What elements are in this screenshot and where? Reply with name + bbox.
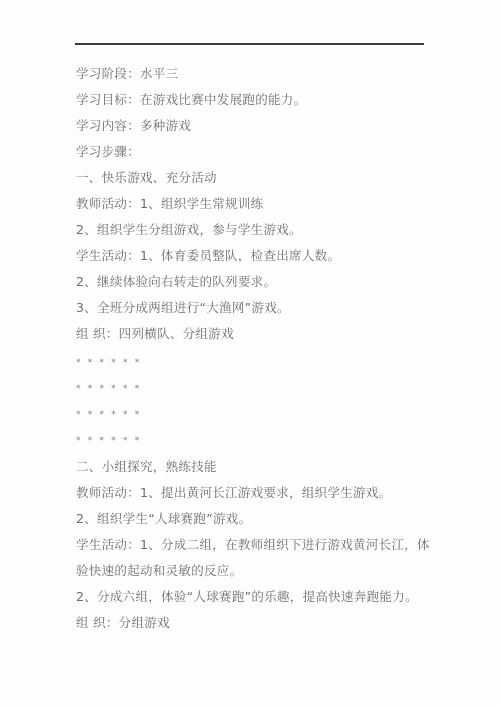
formation-row: * * * * * *	[76, 407, 142, 423]
formation-row: * * * * * *	[76, 433, 142, 449]
student-activity-3: 3、全班分成两组进行“大渔网”游戏。	[76, 300, 290, 316]
teacher-activity-s2-1: 教师活动：1、提出黄河长江游戏要求，组织学生游戏。	[76, 485, 391, 501]
learning-content: 学习内容：多种游戏	[76, 118, 191, 134]
organization-1: 组 织：四列横队、分组游戏	[76, 326, 234, 342]
formation-row: * * * * * *	[76, 355, 142, 371]
student-activity-2: 2、继续体验向右转走的队列要求。	[76, 274, 276, 290]
teacher-activity-s2-2: 2、组织学生“人球赛跑”游戏。	[76, 511, 251, 527]
learning-steps-heading: 学习步骤：	[76, 144, 140, 160]
student-activity-s2-1-cont: 验快速的起动和灵敏的反应。	[76, 563, 242, 579]
learning-stage: 学习阶段：水平三	[76, 66, 178, 82]
teacher-activity-1: 教师活动：1、组织学生常规训练	[76, 196, 263, 212]
student-activity-1: 学生活动：1、体育委员整队，检查出席人数。	[76, 248, 340, 264]
section-two-heading: 二、小组探究，熟练技能	[76, 459, 217, 475]
student-activity-s2-2: 2、分成六组，体验“人球赛跑”的乐趣，提高快速奔跑能力。	[76, 589, 418, 605]
organization-2: 组 织：分组游戏	[76, 615, 170, 631]
formation-row: * * * * * *	[76, 381, 142, 397]
student-activity-s2-1: 学生活动：1、分成二组，在教师组织下进行游戏黄河长江，体	[76, 537, 430, 553]
learning-goal: 学习目标：在游戏比赛中发展跑的能力。	[76, 92, 306, 108]
section-one-heading: 一、快乐游戏、充分活动	[76, 170, 217, 186]
document-page: 学习阶段：水平三 学习目标：在游戏比赛中发展跑的能力。 学习内容：多种游戏 学习…	[0, 0, 500, 707]
teacher-activity-2: 2、组织学生分组游戏，参与学生游戏。	[76, 222, 302, 238]
header-rule	[75, 43, 424, 45]
